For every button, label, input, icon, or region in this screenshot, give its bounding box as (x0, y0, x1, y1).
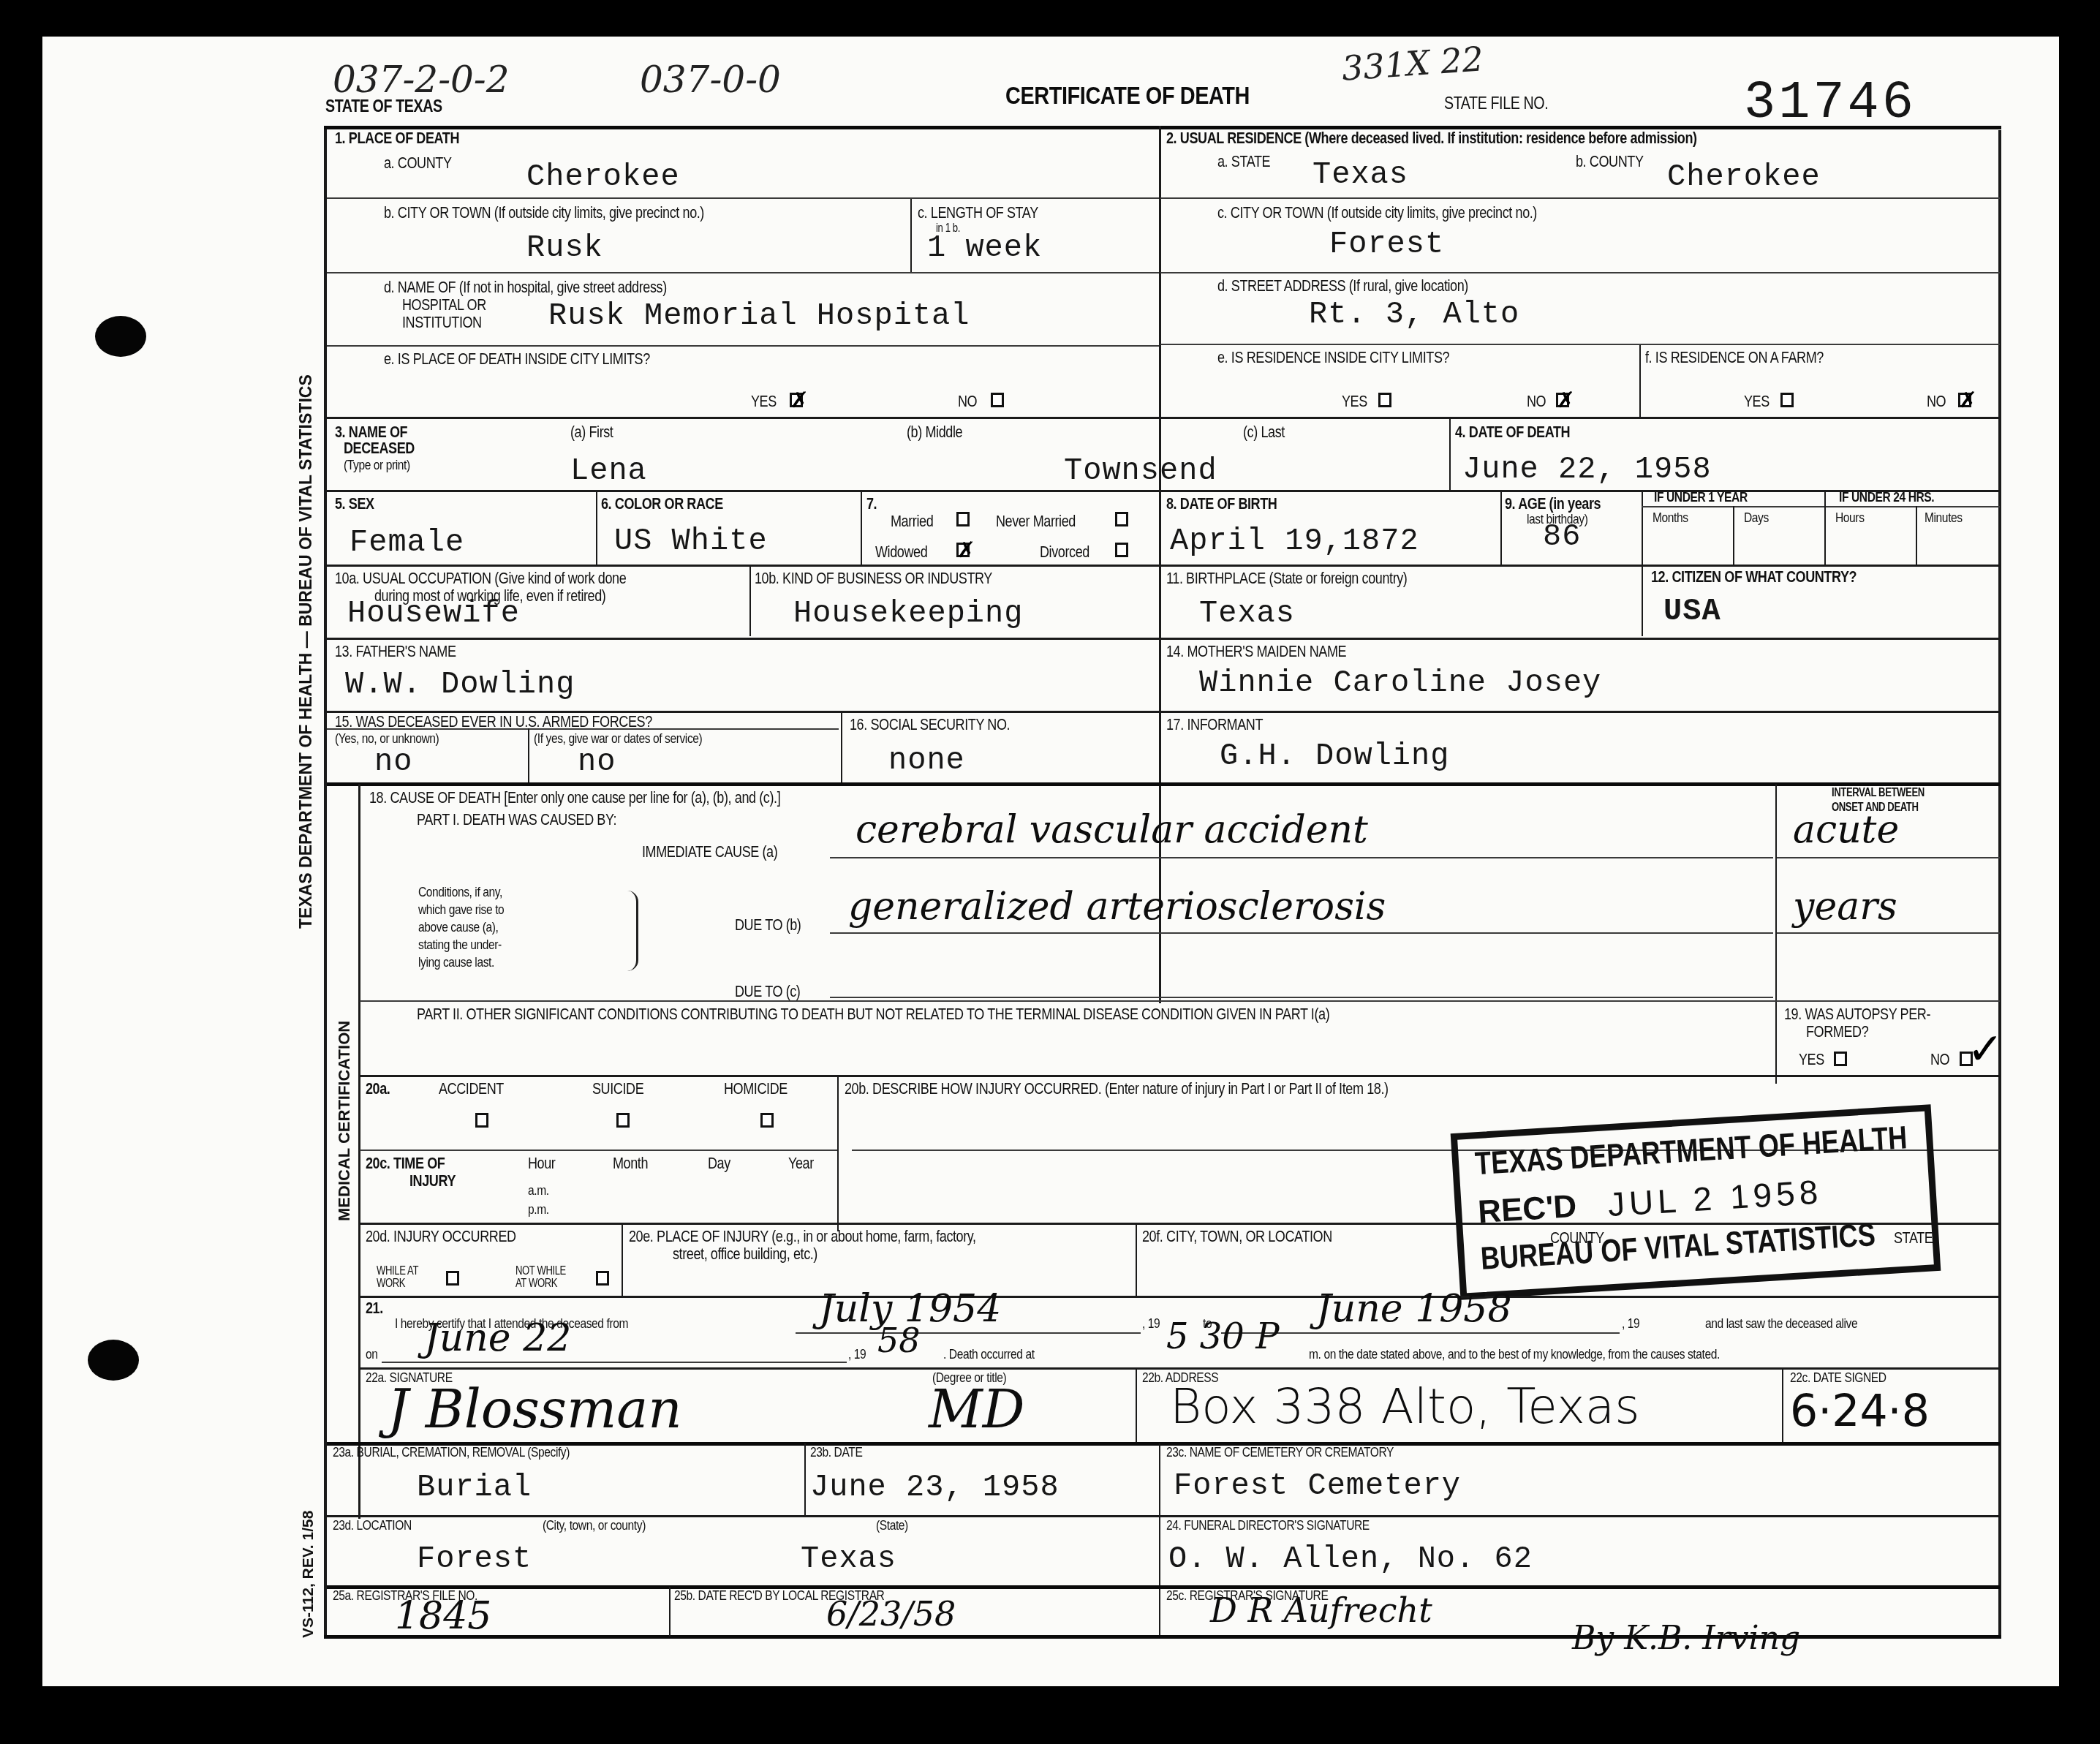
mother-value: Winnie Caroline Josey (1199, 665, 1601, 701)
divider (327, 565, 2000, 567)
divider (327, 197, 1159, 199)
nineteen-label: , 19 (848, 1347, 866, 1363)
ssn-label: 16. SOCIAL SECURITY NO. (850, 715, 1010, 734)
disposition-date-value: June 23, 1958 (810, 1470, 1060, 1505)
death-occurred-label: . Death occurred at (943, 1347, 1035, 1363)
divider (861, 491, 862, 565)
middle-name-label: (b) Middle (907, 423, 962, 442)
divider (327, 272, 1159, 273)
occupation-label: 10a. USUAL OCCUPATION (Give kind of work… (335, 569, 626, 588)
handwritten-code: 037-2-0-2 (333, 58, 510, 101)
birthplace-value: Texas (1199, 596, 1295, 631)
funeral-director-label: 24. FUNERAL DIRECTOR'S SIGNATURE (1166, 1518, 1370, 1534)
autopsy-yes-checkbox[interactable] (1834, 1052, 1847, 1066)
informant-label: 17. INFORMANT (1166, 715, 1263, 734)
last-seen-year-value: 58 (877, 1321, 921, 1360)
state-label: STATE OF TEXAS (325, 97, 442, 117)
county-label: a. COUNTY (384, 154, 452, 173)
cemetery-label: 23c. NAME OF CEMETERY OR CREMATORY (1166, 1445, 1394, 1461)
usual-residence-label: 2. USUAL RESIDENCE (Where deceased lived… (1166, 129, 1697, 148)
divider (1733, 506, 1734, 565)
autopsy-label: FORMED? (1806, 1022, 1868, 1041)
state-file-number: 31746 (1744, 73, 1916, 133)
divider (1642, 566, 1643, 636)
divider (1775, 784, 1777, 1084)
cemetery-value: Forest Cemetery (1174, 1468, 1461, 1503)
place-of-injury-label: 20e. PLACE OF INJURY (e.g., in or about … (629, 1227, 976, 1246)
punch-hole (88, 1340, 139, 1381)
on-label: on (366, 1347, 378, 1363)
residence-street-value: Rt. 3, Alto (1309, 297, 1519, 332)
divider (360, 1367, 2000, 1370)
while-at-work-checkbox[interactable] (446, 1271, 459, 1286)
citizen-label: 12. CITIZEN OF WHAT COUNTRY? (1651, 567, 1857, 586)
stamp-line: TEXAS DEPARTMENT OF HEALTH (1474, 1120, 1908, 1182)
on-farm-yes-checkbox[interactable] (1780, 393, 1794, 407)
date-recd-value: 6/23/58 (826, 1594, 956, 1634)
homicide-checkbox[interactable] (760, 1113, 774, 1128)
injury-city-label: 20f. CITY, TOWN, OR LOCATION (1142, 1227, 1332, 1246)
occupation-value: Housewife (347, 596, 520, 631)
divider (1824, 491, 1826, 565)
conditions-note: stating the under- (418, 937, 502, 954)
county-label: b. COUNTY (1576, 152, 1644, 171)
physician-signature: J Blossman (388, 1378, 682, 1440)
while-at-work-label: WHILE AT WORK (377, 1265, 431, 1290)
divider (1160, 197, 2000, 199)
ssn-value: none (888, 743, 965, 778)
cause-of-death-label: 18. CAUSE OF DEATH [Enter only one cause… (369, 788, 780, 807)
year-label: Year (788, 1154, 814, 1173)
place-of-injury-label: street, office building, etc.) (673, 1245, 817, 1264)
divider (1160, 344, 2000, 345)
residence-inside-limits-no-checkbox[interactable] (1556, 393, 1569, 407)
days-label: Days (1744, 510, 1769, 526)
divider (837, 1076, 839, 1231)
residence-state-value: Texas (1312, 157, 1408, 192)
injury-occurred-label: 20d. INJURY OCCURRED (366, 1227, 516, 1246)
accident-checkbox[interactable] (475, 1113, 488, 1128)
certification-number-label: 21. (366, 1299, 383, 1318)
underline (830, 997, 1773, 998)
location-state-label: (State) (876, 1518, 908, 1534)
race-label: 6. COLOR OR RACE (601, 494, 723, 513)
city-label: c. CITY OR TOWN (If outside city limits,… (1217, 203, 1537, 222)
conditions-note: above cause (a), (418, 920, 498, 936)
brace-icon (627, 891, 638, 971)
hours-label: Hours (1835, 510, 1865, 526)
divider (804, 1443, 806, 1517)
divider (1642, 491, 1643, 565)
part1-label: PART I. DEATH WAS CAUSED BY: (417, 810, 616, 829)
registrar-signature: D R Aufrecht (1210, 1590, 1432, 1630)
suicide-label: SUICIDE (592, 1079, 643, 1098)
homicide-label: HOMICIDE (724, 1079, 787, 1098)
divider (1159, 1443, 1160, 1635)
divider (749, 566, 751, 636)
marital-label: 7. (866, 494, 877, 513)
yes-label: YES (751, 392, 777, 411)
under-24-hrs-label: IF UNDER 24 HRS. (1839, 490, 1934, 506)
divider (528, 728, 529, 782)
city-label: b. CITY OR TOWN (If outside city limits,… (384, 203, 704, 222)
death-city-value: Rusk (526, 230, 603, 265)
divider (622, 1224, 623, 1297)
residence-city-value: Forest (1329, 227, 1444, 262)
middle-name-value: Townsend (1064, 453, 1217, 488)
divider (327, 1585, 2000, 1589)
date-of-death-value: June 22, 1958 (1462, 452, 1712, 487)
no-label: NO (1527, 392, 1546, 411)
am-label: a.m. (528, 1183, 549, 1199)
stamp-date: JUL 2 1958 (1606, 1171, 1823, 1224)
last-seen-value: June 22 (424, 1316, 571, 1360)
hospital-label: HOSPITAL OR (402, 295, 486, 314)
residence-inside-limits-label: e. IS RESIDENCE INSIDE CITY LIMITS? (1217, 348, 1449, 367)
divider (669, 1587, 671, 1637)
disposition-date-label: 23b. DATE (810, 1445, 862, 1461)
disposition-method-value: Burial (417, 1470, 532, 1505)
divider (327, 417, 2000, 419)
registrar-file-value: 1845 (395, 1594, 491, 1638)
marital-option-label: Never Married (996, 512, 1076, 531)
hospital-value: Rusk Memorial Hospital (548, 298, 970, 333)
divider (327, 638, 2000, 640)
nineteen-label: , 19 (1622, 1316, 1639, 1332)
age-value: 86 (1543, 519, 1581, 554)
underline (830, 857, 1773, 858)
punch-hole (95, 316, 146, 357)
date-signed-value: 6·24·8 (1790, 1386, 1930, 1437)
first-name-label: (a) First (570, 423, 613, 442)
interval-label: INTERVAL BETWEEN (1832, 787, 1925, 800)
location-state-value: Texas (801, 1541, 896, 1577)
not-while-at-work-label: NOT WHILE AT WORK (515, 1265, 575, 1290)
physician-address: Box 338 Alto, Texas (1170, 1378, 1640, 1435)
certification-text: m. on the date stated above, and to the … (1309, 1347, 1720, 1363)
divider (327, 782, 2000, 786)
months-label: Months (1653, 510, 1688, 526)
divider (1782, 1369, 1783, 1442)
under-1-year-label: IF UNDER 1 YEAR (1654, 490, 1748, 506)
registrar-signature-by: By K.B. Irving (1572, 1620, 1800, 1657)
divider (1136, 1224, 1137, 1297)
length-of-stay-label: c. LENGTH OF STAY (918, 203, 1038, 222)
pm-label: p.m. (528, 1202, 549, 1218)
due-to-b-label: DUE TO (b) (735, 916, 801, 935)
suicide-checkbox[interactable] (616, 1113, 630, 1128)
informant-value: G.H. Dowling (1220, 739, 1449, 774)
name-label: (Type or print) (344, 458, 410, 474)
describe-injury-label: 20b. DESCRIBE HOW INJURY OCCURRED. (Ente… (845, 1079, 1389, 1098)
underline (1777, 932, 2000, 934)
date-of-death-label: 4. DATE OF DEATH (1455, 423, 1570, 442)
underline (1777, 857, 2000, 858)
divider (327, 490, 2000, 492)
autopsy-label: 19. WAS AUTOPSY PER- (1784, 1005, 1930, 1024)
divorced-checkbox[interactable] (1115, 543, 1128, 557)
underline (830, 932, 1773, 934)
frame-top (324, 126, 2001, 129)
divider (1500, 491, 1502, 565)
form-code: VS-112, REV. 1/58 (300, 1511, 317, 1638)
nineteen-label: , 19 (1142, 1316, 1160, 1332)
received-stamp: TEXAS DEPARTMENT OF HEALTH REC'D JUL 2 1… (1451, 1104, 1941, 1300)
conditions-note: lying cause last. (418, 955, 494, 971)
funeral-director-value: O. W. Allen, No. 62 (1168, 1541, 1533, 1577)
divider (327, 1515, 2000, 1517)
armed-forces-value: no (374, 744, 412, 779)
divider (327, 1442, 2000, 1446)
death-inside-limits-yes-checkbox[interactable] (790, 393, 803, 407)
armed-service-value: no (578, 744, 616, 779)
birthplace-label: 11. BIRTHPLACE (State or foreign country… (1166, 569, 1407, 588)
first-name-value: Lena (570, 453, 647, 488)
industry-value: Housekeeping (793, 596, 1023, 631)
medical-certification-side-text: MEDICAL CERTIFICATION (335, 1021, 354, 1221)
death-time-value: 5 30 P (1166, 1316, 1279, 1357)
divider (1136, 1369, 1137, 1442)
age-label: 9. AGE (in years (1505, 494, 1601, 513)
not-while-at-work-checkbox[interactable] (596, 1271, 609, 1286)
yes-label: YES (1342, 392, 1367, 411)
divider (360, 1296, 2000, 1298)
mother-label: 14. MOTHER'S MAIDEN NAME (1166, 642, 1346, 661)
divider (1160, 272, 2000, 273)
divider (1916, 506, 1917, 565)
married-checkbox[interactable] (956, 512, 970, 526)
father-label: 13. FATHER'S NAME (335, 642, 456, 661)
sex-label: 5. SEX (335, 494, 374, 513)
hospital-label: INSTITUTION (402, 313, 482, 332)
checkmark-icon: ✓ (1967, 1024, 2003, 1075)
divider (1449, 418, 1451, 491)
certificate-title: CERTIFICATE OF DEATH (1005, 82, 1250, 110)
accident-label: ACCIDENT (439, 1079, 504, 1098)
death-county-value: Cherokee (526, 159, 680, 195)
father-value: W.W. Dowling (345, 667, 575, 702)
hospital-label: d. NAME OF (If not in hospital, give str… (384, 278, 667, 297)
no-label: NO (1927, 392, 1946, 411)
street-label: d. STREET ADDRESS (If rural, give locati… (1217, 276, 1468, 295)
immediate-cause-value: cerebral vascular accident (856, 808, 1368, 852)
conditions-note: Conditions, if any, (418, 885, 502, 901)
department-side-text: TEXAS DEPARTMENT OF HEALTH — BUREAU OF V… (296, 374, 316, 929)
location-city-value: Forest (417, 1541, 532, 1577)
sex-value: Female (350, 525, 464, 560)
disposition-method-label: 23a. BURIAL, CREMATION, REMOVAL (Specify… (333, 1445, 570, 1461)
due-to-c-label: DUE TO (c) (735, 982, 800, 1001)
divider (327, 345, 1159, 347)
stamp-line: REC'D (1477, 1188, 1578, 1231)
marital-option-label: Widowed (875, 543, 927, 562)
state-label: a. STATE (1217, 152, 1270, 171)
frame-left (324, 126, 327, 1638)
armed-service-label: (If yes, give war or dates of service) (534, 731, 702, 747)
widowed-checkbox[interactable] (956, 543, 970, 557)
yes-label: YES (1799, 1050, 1824, 1069)
on-farm-no-checkbox[interactable] (1958, 393, 1971, 407)
divider (360, 1075, 2000, 1077)
no-label: NO (958, 392, 977, 411)
marital-option-label: Divorced (1040, 543, 1089, 562)
marital-option-label: Married (891, 512, 933, 531)
hour-label: Hour (528, 1154, 555, 1173)
underline (382, 1362, 847, 1363)
month-label: Month (613, 1154, 648, 1173)
physician-degree: MD (929, 1378, 1024, 1440)
interval-b-value: years (1793, 885, 1897, 929)
no-label: NO (1930, 1050, 1949, 1069)
time-of-injury-label: 20c. TIME OF (366, 1154, 445, 1173)
divider (360, 1000, 2000, 1002)
divider (360, 1150, 837, 1151)
race-value: US White (614, 524, 768, 559)
dob-value: April 19,1872 (1170, 524, 1419, 559)
death-inside-limits-no-checkbox[interactable] (991, 393, 1004, 407)
on-farm-label: f. IS RESIDENCE ON A FARM? (1645, 348, 1824, 367)
location-city-label: (City, town, or county) (543, 1518, 646, 1534)
divider (327, 728, 839, 730)
name-label: DECEASED (344, 439, 415, 458)
residence-county-value: Cherokee (1667, 159, 1821, 195)
dob-label: 8. DATE OF BIRTH (1166, 494, 1277, 513)
immediate-cause-label: IMMEDIATE CAUSE (a) (642, 842, 777, 861)
frame-right (1998, 130, 2001, 1637)
place-of-death-label: 1. PLACE OF DEATH (335, 129, 459, 148)
due-to-b-value: generalized arteriosclerosis (848, 885, 1386, 929)
underline (796, 1332, 1141, 1334)
divider (841, 712, 842, 782)
divider (596, 491, 597, 565)
length-of-stay-value: 1 week (927, 230, 1042, 265)
minutes-label: Minutes (1925, 510, 1963, 526)
conditions-note: which gave rise to (418, 902, 504, 918)
inside-limits-label: e. IS PLACE OF DEATH INSIDE CITY LIMITS? (384, 350, 650, 369)
interval-a-value: acute (1793, 808, 1899, 852)
injury-type-label: 20a. (366, 1079, 390, 1098)
time-of-injury-label: INJURY (409, 1171, 456, 1190)
part2-label: PART II. OTHER SIGNIFICANT CONDITIONS CO… (417, 1005, 1329, 1024)
yes-label: YES (1744, 392, 1769, 411)
certification-text: and last saw the deceased alive (1705, 1316, 1857, 1332)
state-file-label: STATE FILE NO. (1444, 94, 1548, 114)
underline (1221, 1332, 1620, 1334)
handwritten-code: 037-0-0 (640, 58, 781, 101)
divider (910, 199, 912, 272)
citizen-value: USA (1663, 594, 1721, 629)
divider (1639, 345, 1641, 418)
day-label: Day (708, 1154, 730, 1173)
last-name-label: (c) Last (1243, 423, 1285, 442)
location-label: 23d. LOCATION (333, 1518, 412, 1534)
residence-inside-limits-yes-checkbox[interactable] (1378, 393, 1391, 407)
attended-to-value: June 1958 (1316, 1287, 1511, 1331)
divider (1642, 506, 2000, 507)
medical-cert-border (358, 784, 360, 1519)
date-signed-label: 22c. DATE SIGNED (1790, 1370, 1886, 1386)
industry-label: 10b. KIND OF BUSINESS OR INDUSTRY (755, 569, 992, 588)
never-married-checkbox[interactable] (1115, 512, 1128, 526)
certificate-page (42, 37, 2059, 1686)
